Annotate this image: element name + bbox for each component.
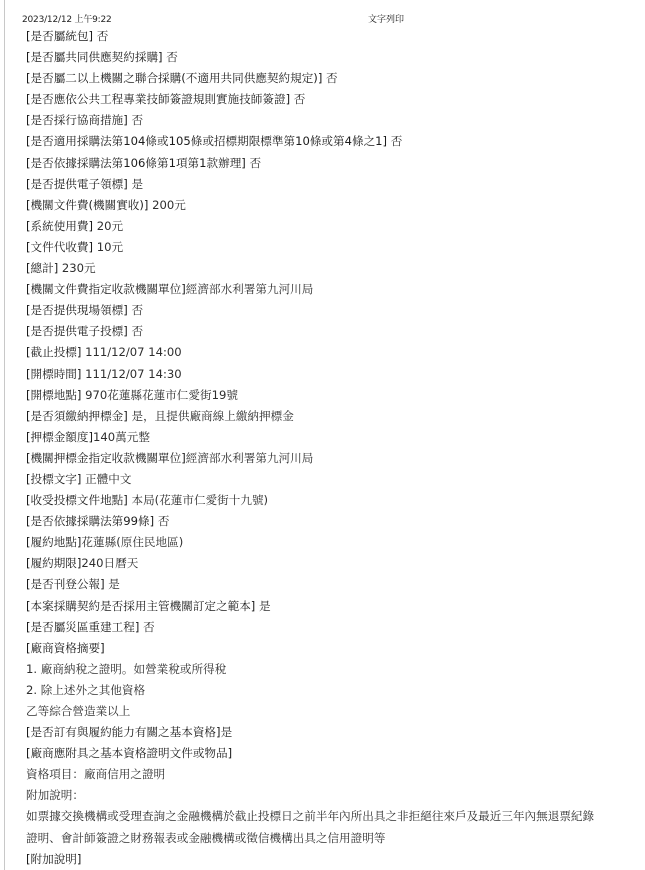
document-line: [廠商應附具之基本資格證明文件或物品] <box>26 743 636 764</box>
field-value: 否 <box>322 71 337 85</box>
field-label: [機關押標金指定收款機關單位] <box>26 451 186 465</box>
field-label: [機關文件費指定收款機關單位] <box>26 282 186 296</box>
document-body: [是否屬統包] 否[是否屬共同供應契約採購] 否[是否屬二以上機關之聯合採購(不… <box>26 26 636 870</box>
field-value: 乙等綜合營造業以上 <box>26 704 130 718</box>
field-label: [是否採行協商措施] <box>26 113 128 127</box>
document-line: [是否應依公共工程專業技師簽證規則實施技師簽證] 否 <box>26 89 636 110</box>
field-value: 2. 除上述外之其他資格 <box>26 683 145 697</box>
document-line: 2. 除上述外之其他資格 <box>26 680 636 701</box>
field-label: [履約地點] <box>26 535 81 549</box>
field-value: 經濟部水利署第九河川局 <box>186 282 314 296</box>
field-value: 經濟部水利署第九河川局 <box>186 451 314 465</box>
field-label: [文件代收費] <box>26 240 93 254</box>
field-label: [履約期限] <box>26 556 81 570</box>
document-line: [系統使用費] 20元 <box>26 216 636 237</box>
field-value: 如票據交換機構或受理查詢之金融機構於截止投標日之前半年內所出具之非拒絕往來戶及最… <box>26 809 594 823</box>
field-label: [是否須繳納押標金] <box>26 409 128 423</box>
document-line: [是否屬統包] 否 <box>26 26 636 47</box>
page-left-border <box>4 0 5 870</box>
field-value: 是，且提供廠商線上繳納押標金 <box>128 409 294 423</box>
document-line: [文件代收費] 10元 <box>26 237 636 258</box>
document-line: [本案採購契約是否採用主管機關訂定之範本] 是 <box>26 596 636 617</box>
field-value: 否 <box>154 514 169 528</box>
field-label: [是否依據採購法第106條第1項第1款辦理] <box>26 156 246 170</box>
field-label: [收受投標文件地點] <box>26 493 128 507</box>
field-value: 否 <box>246 156 261 170</box>
field-value: 111/12/07 14:00 <box>81 345 181 359</box>
field-label: [是否訂有與履約能力有關之基本資格] <box>26 725 221 739</box>
document-line: 資格項目：廠商信用之證明 <box>26 764 636 785</box>
field-label: [附加說明] <box>26 852 81 866</box>
field-label: [是否依據採購法第99條] <box>26 514 154 528</box>
document-line: 附加說明： <box>26 785 636 806</box>
field-label: [是否提供電子投標] <box>26 324 128 338</box>
document-line: [收受投標文件地點] 本局(花蓮市仁愛街十九號) <box>26 490 636 511</box>
document-line: 1. 廠商納稅之證明。如營業稅或所得稅 <box>26 659 636 680</box>
document-line: [是否提供電子領標] 是 <box>26 174 636 195</box>
document-line: 如票據交換機構或受理查詢之金融機構於截止投標日之前半年內所出具之非拒絕往來戶及最… <box>26 806 636 827</box>
field-value: 證明、會計師簽證之財務報表或金融機構或徵信機構出具之信用證明等 <box>26 831 385 845</box>
field-value: 230元 <box>58 261 95 275</box>
document-line: [履約地點]花蓮縣(原住民地區) <box>26 532 636 553</box>
field-value: 附加說明： <box>26 788 84 802</box>
print-timestamp: 2023/12/12 上午9:22 <box>22 12 112 25</box>
document-line: [是否屬災區重建工程] 否 <box>26 617 636 638</box>
document-line: [機關押標金指定收款機關單位]經濟部水利署第九河川局 <box>26 448 636 469</box>
document-line: [是否適用採購法第104條或105條或招標期限標準第10條或第4條之1] 否 <box>26 131 636 152</box>
field-label: [廠商資格摘要] <box>26 641 105 655</box>
field-value: 否 <box>290 92 305 106</box>
field-label: [截止投標] <box>26 345 81 359</box>
field-value: 200元 <box>148 198 185 212</box>
document-line: [履約期限]240日曆天 <box>26 553 636 574</box>
field-value: 是 <box>255 599 270 613</box>
field-label: [押標金額度] <box>26 430 93 444</box>
document-line: [是否屬二以上機關之聯合採購(不適用共同供應契約規定)] 否 <box>26 68 636 89</box>
field-value: 資格項目：廠商信用之證明 <box>26 767 165 781</box>
document-line: [押標金額度]140萬元整 <box>26 427 636 448</box>
document-line: [開標時間] 111/12/07 14:30 <box>26 364 636 385</box>
field-value: 否 <box>387 134 402 148</box>
document-line: 證明、會計師簽證之財務報表或金融機構或徵信機構出具之信用證明等 <box>26 828 636 849</box>
field-value: 240日曆天 <box>81 556 138 570</box>
field-value: 是 <box>221 725 233 739</box>
field-label: [是否提供現場領標] <box>26 303 128 317</box>
print-title: 文字列印 <box>368 12 404 25</box>
document-line: [是否刊登公報] 是 <box>26 574 636 595</box>
document-line: [是否提供電子投標] 否 <box>26 321 636 342</box>
document-line: [投標文字] 正體中文 <box>26 469 636 490</box>
field-label: [開標時間] <box>26 367 81 381</box>
document-line: [是否依據採購法第106條第1項第1款辦理] 否 <box>26 153 636 174</box>
document-line: [是否採行協商措施] 否 <box>26 110 636 131</box>
field-label: [本案採購契約是否採用主管機關訂定之範本] <box>26 599 255 613</box>
field-label: [系統使用費] <box>26 219 93 233</box>
field-value: 否 <box>128 303 143 317</box>
document-line: [是否訂有與履約能力有關之基本資格]是 <box>26 722 636 743</box>
field-value: 970花蓮縣花蓮市仁愛街19號 <box>81 388 238 402</box>
field-label: [廠商應附具之基本資格證明文件或物品] <box>26 746 232 760</box>
document-line: [是否須繳納押標金] 是，且提供廠商線上繳納押標金 <box>26 406 636 427</box>
document-line: 乙等綜合營造業以上 <box>26 701 636 722</box>
field-value: 正體中文 <box>81 472 131 486</box>
field-label: [是否應依公共工程專業技師簽證規則實施技師簽證] <box>26 92 290 106</box>
document-line: [是否提供現場領標] 否 <box>26 300 636 321</box>
document-line: [附加說明] <box>26 849 636 870</box>
field-label: [是否屬二以上機關之聯合採購(不適用共同供應契約規定)] <box>26 71 322 85</box>
document-line: [機關文件費(機關實收)] 200元 <box>26 195 636 216</box>
field-label: [是否刊登公報] <box>26 577 105 591</box>
field-label: [總計] <box>26 261 58 275</box>
field-value: 10元 <box>93 240 123 254</box>
field-value: 否 <box>163 50 178 64</box>
document-line: [總計] 230元 <box>26 258 636 279</box>
field-label: [是否屬共同供應契約採購] <box>26 50 163 64</box>
field-value: 否 <box>139 620 154 634</box>
field-label: [是否屬災區重建工程] <box>26 620 139 634</box>
field-value: 111/12/07 14:30 <box>81 367 181 381</box>
field-value: 是 <box>105 577 120 591</box>
document-line: [是否屬共同供應契約採購] 否 <box>26 47 636 68</box>
field-label: [機關文件費(機關實收)] <box>26 198 148 212</box>
field-value: 140萬元整 <box>93 430 150 444</box>
field-label: [是否提供電子領標] <box>26 177 128 191</box>
field-value: 否 <box>128 324 143 338</box>
field-label: [是否適用採購法第104條或105條或招標期限標準第10條或第4條之1] <box>26 134 387 148</box>
print-header: 2023/12/12 上午9:22 文字列印 <box>0 10 645 26</box>
field-value: 否 <box>93 29 108 43</box>
field-value: 花蓮縣(原住民地區) <box>81 535 183 549</box>
field-value: 1. 廠商納稅之證明。如營業稅或所得稅 <box>26 662 226 676</box>
field-value: 是 <box>128 177 143 191</box>
field-value: 本局(花蓮市仁愛街十九號) <box>128 493 268 507</box>
document-line: [是否依據採購法第99條] 否 <box>26 511 636 532</box>
document-line: [機關文件費指定收款機關單位]經濟部水利署第九河川局 <box>26 279 636 300</box>
document-line: [截止投標] 111/12/07 14:00 <box>26 342 636 363</box>
field-label: [是否屬統包] <box>26 29 93 43</box>
field-label: [投標文字] <box>26 472 81 486</box>
field-label: [開標地點] <box>26 388 81 402</box>
field-value: 20元 <box>93 219 123 233</box>
field-value: 否 <box>128 113 143 127</box>
document-line: [廠商資格摘要] <box>26 638 636 659</box>
document-line: [開標地點] 970花蓮縣花蓮市仁愛街19號 <box>26 385 636 406</box>
